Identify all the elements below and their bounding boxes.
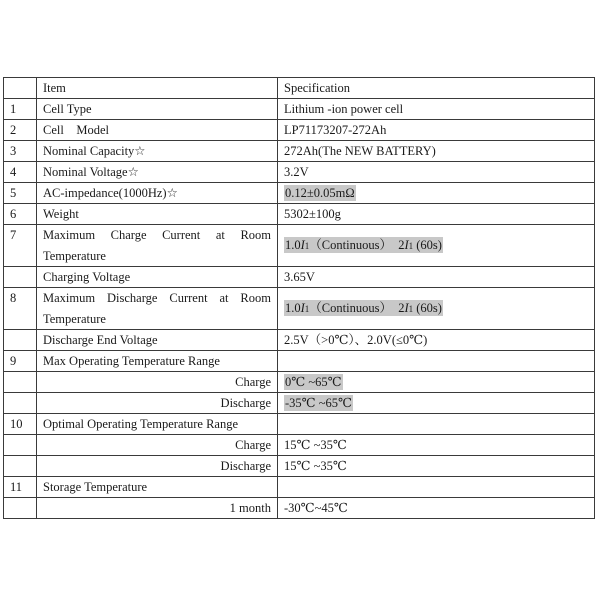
- row-spec: -35℃ ~65℃: [278, 393, 595, 414]
- row-item: Maximum Discharge Current at Room Temper…: [37, 288, 278, 330]
- row-item: Optimal Operating Temperature Range: [37, 414, 278, 435]
- table-row: 8 Maximum Discharge Current at Room Temp…: [4, 288, 595, 330]
- row-number: [4, 435, 37, 456]
- row-spec: [278, 351, 595, 372]
- row-item: Nominal Capacity☆: [37, 141, 278, 162]
- row-spec: 2.5V（>0℃）、2.0V(≤0℃): [278, 330, 595, 351]
- table-row: Charge 15℃ ~35℃: [4, 435, 595, 456]
- row-number: 10: [4, 414, 37, 435]
- row-item: Maximum Charge Current at Room Temperatu…: [37, 225, 278, 267]
- row-item: Cell Model: [37, 120, 278, 141]
- row-item: Discharge End Voltage: [37, 330, 278, 351]
- row-spec: 3.65V: [278, 267, 595, 288]
- table-row: 2 Cell Model LP71173207-272Ah: [4, 120, 595, 141]
- spec-value: 15℃ ~35℃: [284, 459, 347, 473]
- row-item: Discharge: [37, 456, 278, 477]
- row-spec: 0℃ ~65℃: [278, 372, 595, 393]
- row-spec: [278, 414, 595, 435]
- row-spec: 1.0I1（Continuous） 2I1 (60s): [278, 225, 595, 267]
- row-spec: [278, 477, 595, 498]
- spec-value: LP71173207-272Ah: [284, 123, 386, 137]
- table-row: Charging Voltage 3.65V: [4, 267, 595, 288]
- spec-value: 15℃ ~35℃: [284, 438, 347, 452]
- row-item: Charge: [37, 435, 278, 456]
- row-item: Charge: [37, 372, 278, 393]
- spec-value: 3.65V: [284, 270, 315, 284]
- row-spec: 5302±100g: [278, 204, 595, 225]
- row-item: Charging Voltage: [37, 267, 278, 288]
- table-row: 5 AC-impedance(1000Hz)☆ 0.12±0.05mΩ: [4, 183, 595, 204]
- row-spec: LP71173207-272Ah: [278, 120, 595, 141]
- table-row: 7 Maximum Charge Current at Room Tempera…: [4, 225, 595, 267]
- row-item: Discharge: [37, 393, 278, 414]
- row-item: Max Operating Temperature Range: [37, 351, 278, 372]
- row-number: 5: [4, 183, 37, 204]
- row-number: 2: [4, 120, 37, 141]
- row-item: Nominal Voltage☆: [37, 162, 278, 183]
- table-header-row: Item Specification: [4, 78, 595, 99]
- spec-value: 5302±100g: [284, 207, 341, 221]
- spec-value-highlighted: 0.12±0.05mΩ: [284, 185, 356, 201]
- row-spec: 15℃ ~35℃: [278, 456, 595, 477]
- table-row: 9 Max Operating Temperature Range: [4, 351, 595, 372]
- spec-value-highlighted: 1.0I1（Continuous） 2I1 (60s): [284, 300, 443, 316]
- row-number: 7: [4, 225, 37, 267]
- header-no: [4, 78, 37, 99]
- row-number: 4: [4, 162, 37, 183]
- row-spec: 15℃ ~35℃: [278, 435, 595, 456]
- table-row: 4 Nominal Voltage☆ 3.2V: [4, 162, 595, 183]
- row-number: 3: [4, 141, 37, 162]
- row-item: Weight: [37, 204, 278, 225]
- table-row: 1 month -30℃~45℃: [4, 498, 595, 519]
- row-number: 11: [4, 477, 37, 498]
- row-item: Cell Type: [37, 99, 278, 120]
- row-item: AC-impedance(1000Hz)☆: [37, 183, 278, 204]
- row-number: 8: [4, 288, 37, 330]
- spec-value: 3.2V: [284, 165, 309, 179]
- header-item: Item: [37, 78, 278, 99]
- spec-value: -30℃~45℃: [284, 501, 348, 515]
- row-spec: 0.12±0.05mΩ: [278, 183, 595, 204]
- item-label: Cell Model: [43, 123, 109, 137]
- row-spec: 3.2V: [278, 162, 595, 183]
- table-row: Discharge 15℃ ~35℃: [4, 456, 595, 477]
- spec-value: Lithium -ion power cell: [284, 102, 403, 116]
- row-number: [4, 330, 37, 351]
- table-row: Charge 0℃ ~65℃: [4, 372, 595, 393]
- row-spec: Lithium -ion power cell: [278, 99, 595, 120]
- table-row: Discharge -35℃ ~65℃: [4, 393, 595, 414]
- spec-value: 272Ah(The NEW BATTERY): [284, 144, 436, 158]
- row-number: [4, 267, 37, 288]
- row-number: 1: [4, 99, 37, 120]
- spec-value-highlighted: -35℃ ~65℃: [284, 395, 353, 411]
- header-specification: Specification: [278, 78, 595, 99]
- row-number: [4, 456, 37, 477]
- table-row: 6 Weight 5302±100g: [4, 204, 595, 225]
- spec-value: 2.5V（>0℃）、2.0V(≤0℃): [284, 333, 427, 347]
- row-spec: -30℃~45℃: [278, 498, 595, 519]
- row-number: 6: [4, 204, 37, 225]
- row-spec: 272Ah(The NEW BATTERY): [278, 141, 595, 162]
- spec-value-highlighted: 1.0I1（Continuous） 2I1 (60s): [284, 237, 443, 253]
- row-item: Storage Temperature: [37, 477, 278, 498]
- row-number: [4, 372, 37, 393]
- row-spec: 1.0I1（Continuous） 2I1 (60s): [278, 288, 595, 330]
- table-row: 11 Storage Temperature: [4, 477, 595, 498]
- table-row: 1 Cell Type Lithium -ion power cell: [4, 99, 595, 120]
- row-number: [4, 393, 37, 414]
- table-row: Discharge End Voltage 2.5V（>0℃）、2.0V(≤0℃…: [4, 330, 595, 351]
- row-item: 1 month: [37, 498, 278, 519]
- row-number: [4, 498, 37, 519]
- row-number: 9: [4, 351, 37, 372]
- table-row: 10 Optimal Operating Temperature Range: [4, 414, 595, 435]
- table-row: 3 Nominal Capacity☆ 272Ah(The NEW BATTER…: [4, 141, 595, 162]
- spec-value-highlighted: 0℃ ~65℃: [284, 374, 343, 390]
- specification-table: Item Specification 1 Cell Type Lithium -…: [3, 77, 595, 519]
